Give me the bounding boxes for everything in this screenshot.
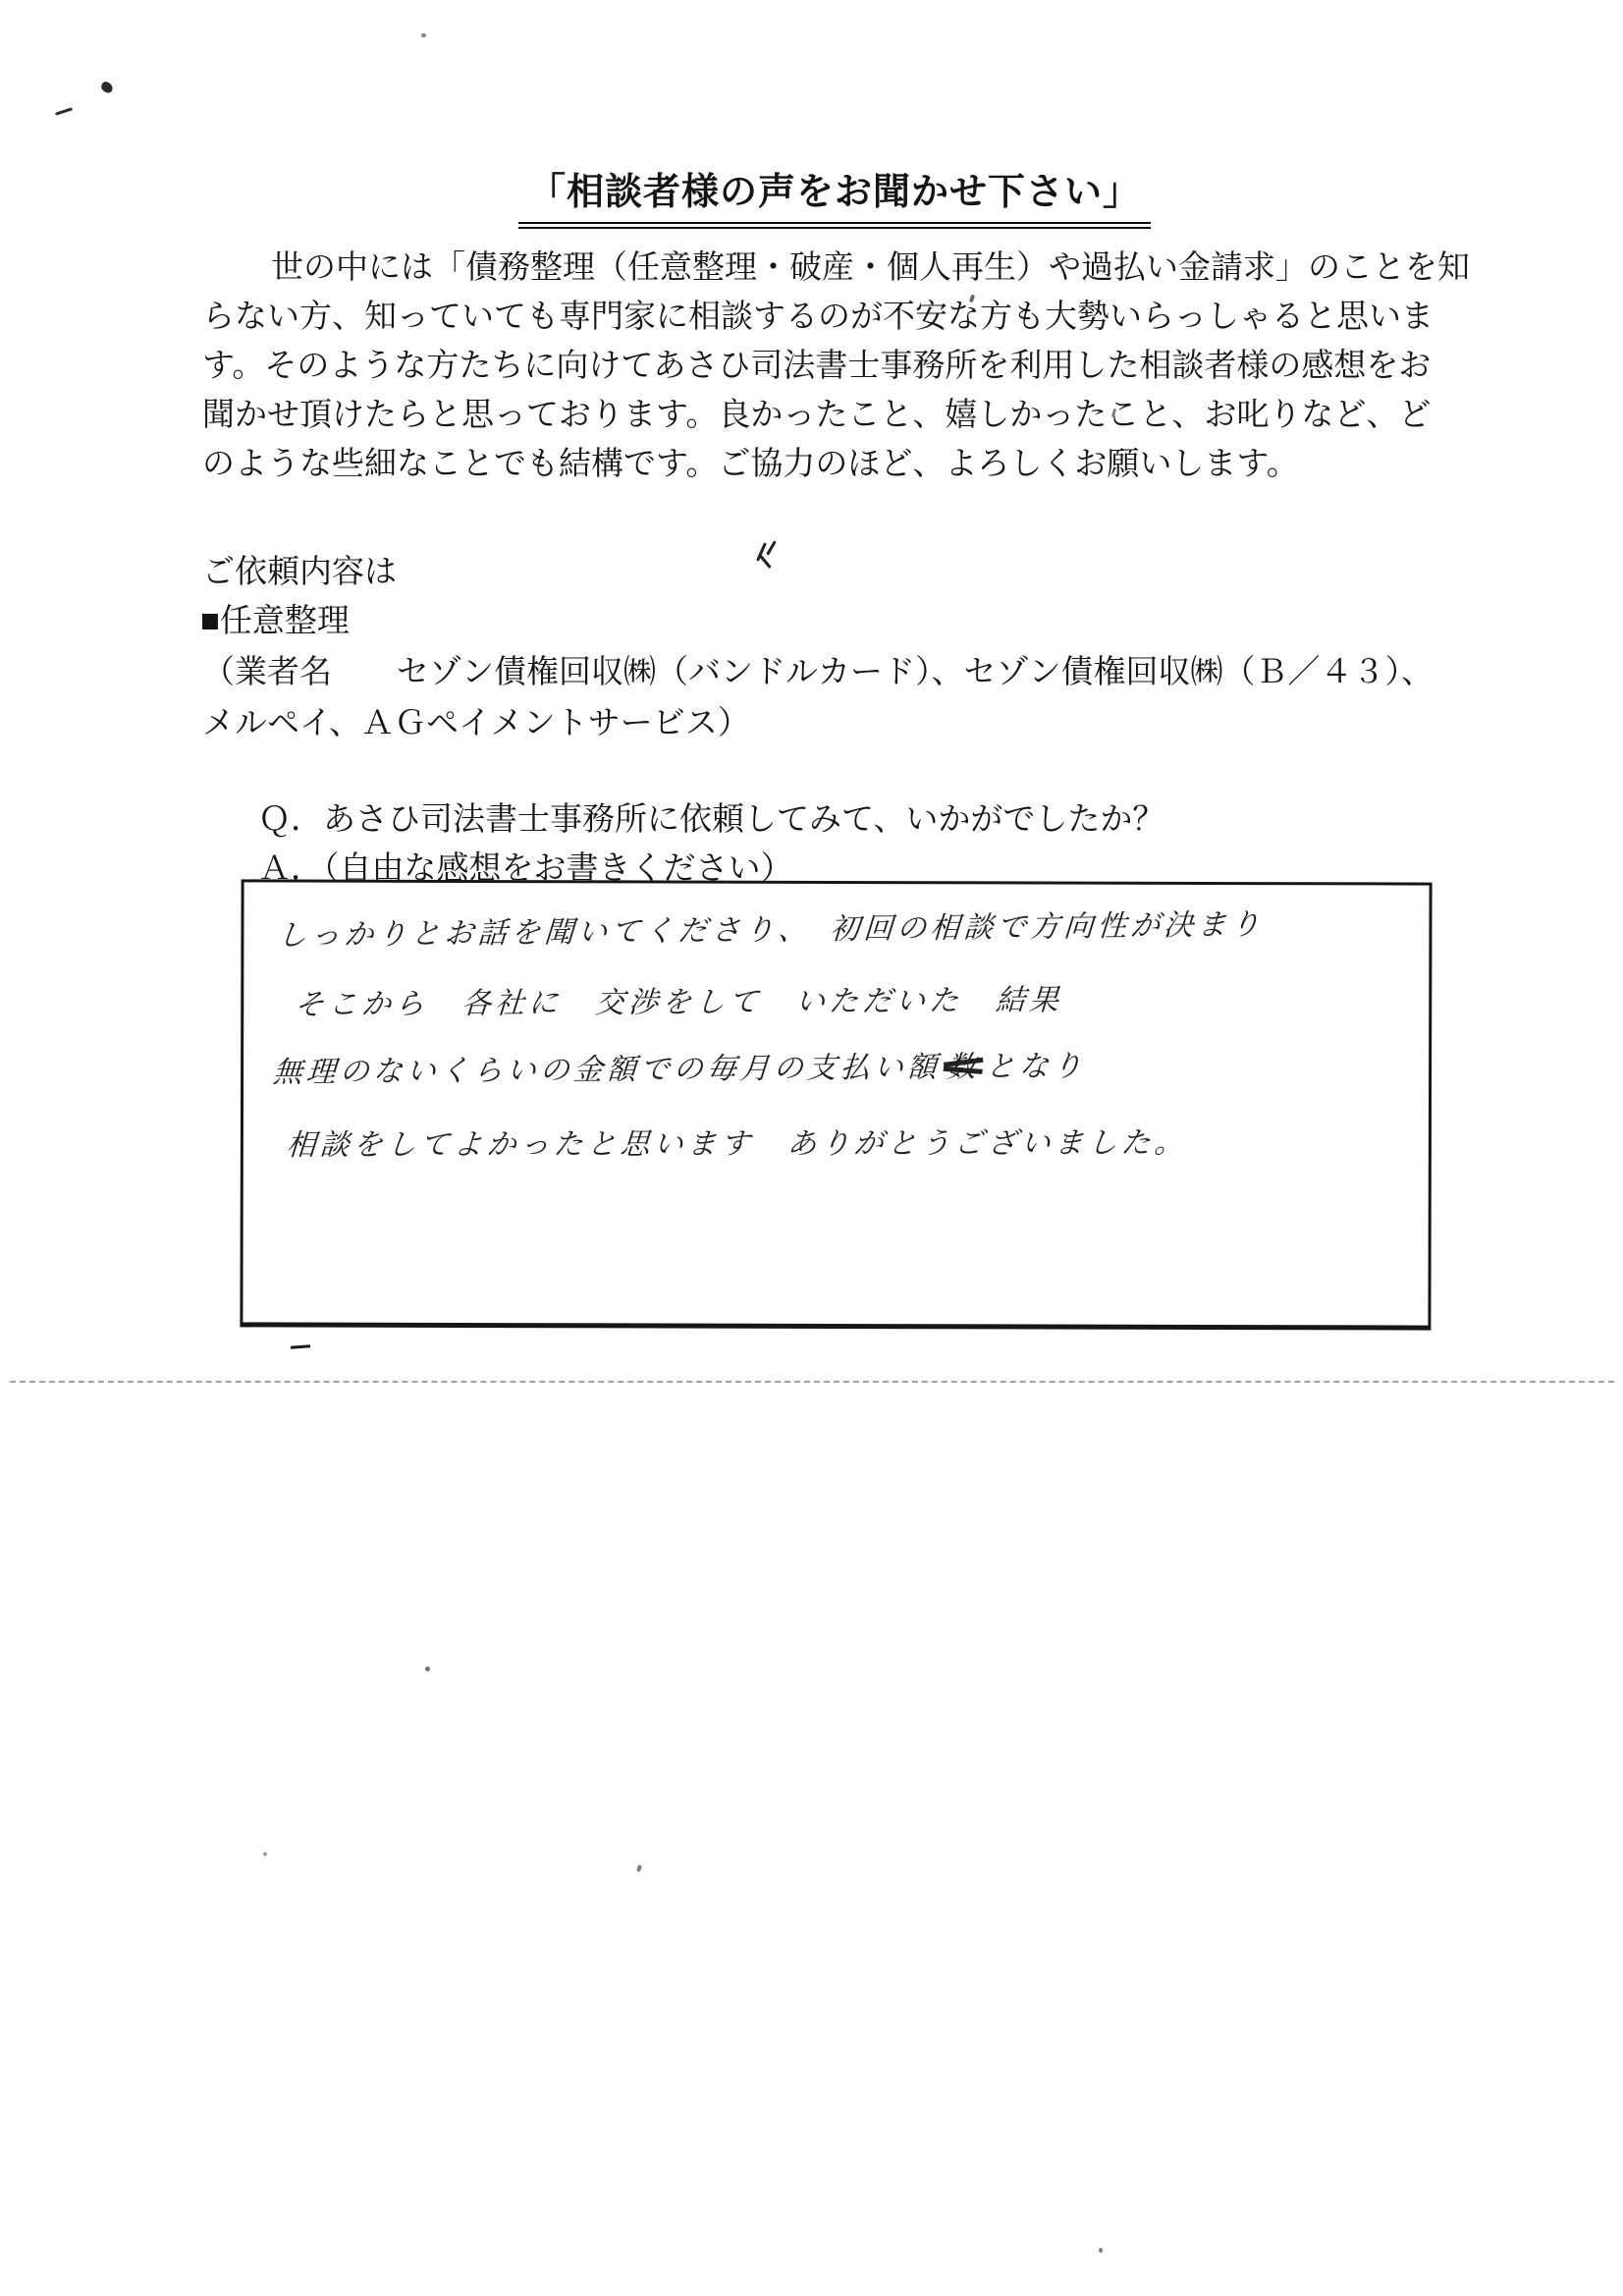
ink-speck <box>636 1865 642 1873</box>
vendor-names-line: メルペイ、ＡＧペイメントサービス） <box>202 697 750 743</box>
intro-line: らない方、知っていても専門家に相談するのが不安な方も大勢いらっしゃると思いま <box>202 292 1479 341</box>
handwritten-response-box: しっかりとお話を聞いてくださり、 初回の相談で方向性が決まり そこから 各社に … <box>240 879 1432 1330</box>
page-title: 「相談者様の声をお聞かせ下さい」 <box>518 161 1151 229</box>
stray-pen-dash <box>291 1344 310 1348</box>
request-item-ninni-seiri: ■任意整理 <box>200 595 350 641</box>
ink-speck <box>99 81 114 94</box>
ink-speck <box>263 1852 267 1856</box>
ink-speck <box>421 33 426 37</box>
scan-artifact-dashed-line <box>10 1381 1614 1383</box>
handwritten-line: しっかりとお話を聞いてくださり、 初回の相談で方向性が決まり <box>276 900 1266 954</box>
handwritten-line: 無理のないくらいの金額での毎月の支払い額数となり <box>272 1041 1088 1091</box>
scanned-feedback-sheet: 「相談者様の声をお聞かせ下さい」 世の中には「債務整理（任意整理・破産・個人再生… <box>0 0 1623 2296</box>
vendor-names-line: （業者名 セゾン債権回収㈱（バンドルカード）、セゾン債権回収㈱（Ｂ／４３）、 <box>202 646 1434 692</box>
ink-speck <box>1099 2248 1103 2253</box>
handwritten-line-segment: 無理のないくらいの金額での毎月の支払い額 <box>272 1050 942 1089</box>
intro-line: す。そのような方たちに向けてあさひ司法書士事務所を利用した相談者様の感想をお <box>202 341 1479 390</box>
ink-speck <box>425 1667 430 1671</box>
intro-line: のような些細なことでも結構です。ご協力のほど、よろしくお願いします。 <box>202 439 1479 488</box>
question-text: Ｑ．あさひ司法書士事務所に依頼してみて、いかがでしたか？ <box>258 793 1164 840</box>
handwritten-line-segment: となり <box>985 1049 1087 1084</box>
scribbled-out-character: 数 <box>946 1042 982 1085</box>
intro-line: 世の中には「債務整理（任意整理・破産・個人再生）や過払い金請求」のことを知 <box>202 243 1479 292</box>
handwritten-check-mark <box>756 540 782 572</box>
handwritten-line: 相談をしてよかったと思います ありがとうございました。 <box>285 1119 1189 1164</box>
intro-paragraph: 世の中には「債務整理（任意整理・破産・個人再生）や過払い金請求」のことを知 らな… <box>202 243 1479 488</box>
intro-line: 聞かせ頂けたらと思っております。良かったこと、嬉しかったこと、お叱りなど、ど <box>202 390 1479 439</box>
request-section-heading: ご依頼内容は <box>202 546 397 592</box>
handwritten-line: そこから 各社に 交渉をして いただいた 結果 <box>294 975 1064 1023</box>
ink-speck <box>55 107 73 115</box>
